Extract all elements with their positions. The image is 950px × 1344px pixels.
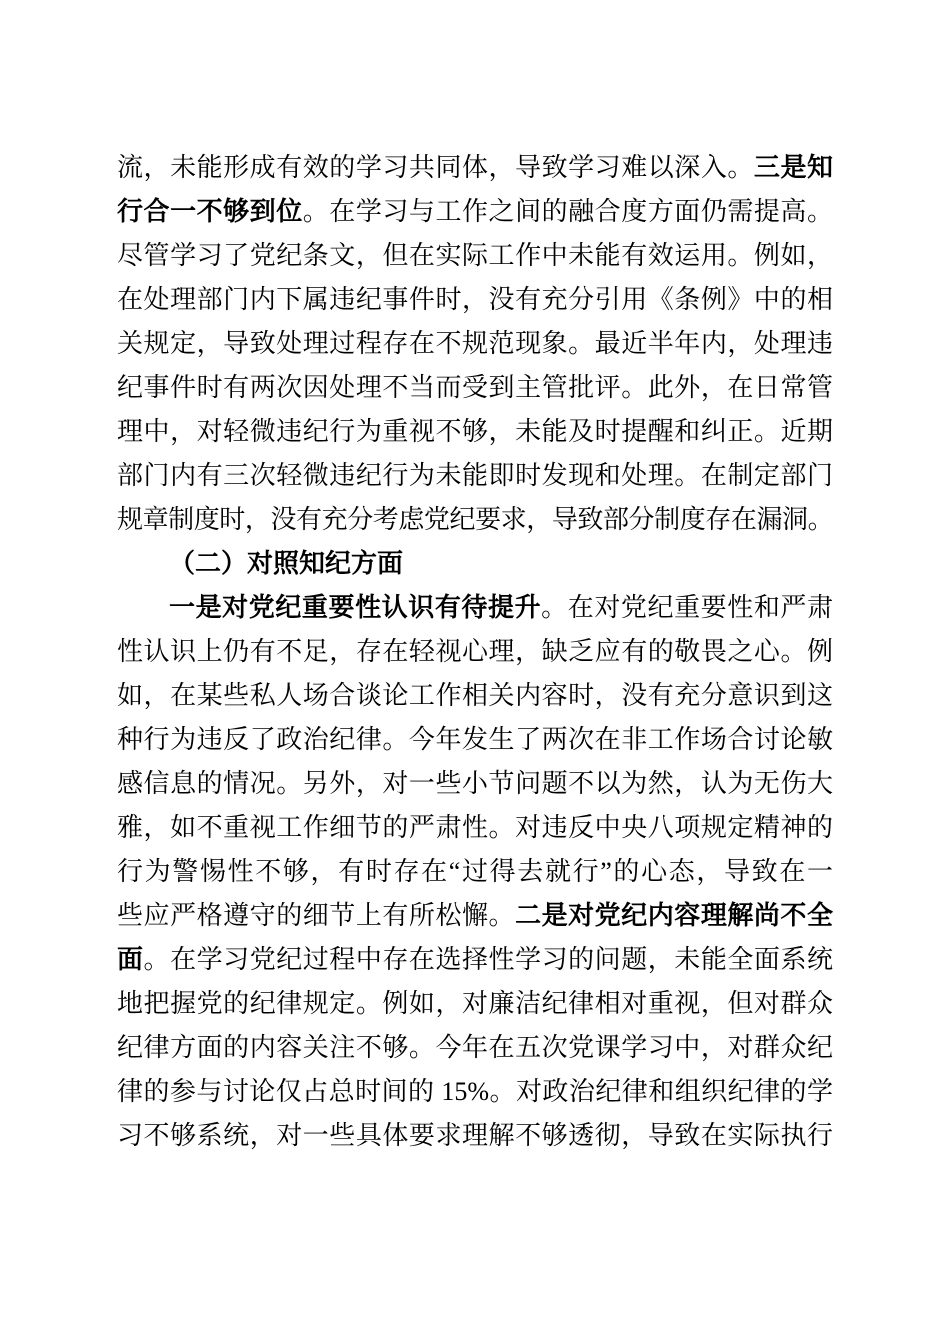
text-run: 种行为违反了政治纪律。今年发生了两次在非工作场合讨论敏 [117, 725, 833, 754]
bold-text-run: 面 [117, 945, 144, 974]
text-line: 感信息的情况。另外，对一些小节问题不以为然，认为无伤大 [117, 762, 833, 806]
bold-text-run: 三是知 [754, 153, 833, 182]
text-run: 。在对党纪重要性和严肃 [541, 593, 833, 622]
text-line: 种行为违反了政治纪律。今年发生了两次在非工作场合讨论敏 [117, 718, 833, 762]
text-line: 一是对党纪重要性认识有待提升。在对党纪重要性和严肃 [117, 586, 833, 630]
text-run: 习不够系统，对一些具体要求理解不够透彻，导致在实际执行 [117, 1121, 833, 1150]
text-line: 律的参与讨论仅占总时间的 15%。对政治纪律和组织纪律的学 [117, 1070, 833, 1114]
text-line: 纪律方面的内容关注不够。今年在五次党课学习中，对群众纪 [117, 1026, 833, 1070]
bold-text-run: 二是对党纪内容理解尚不全 [515, 901, 833, 930]
text-line: 尽管学习了党纪条文，但在实际工作中未能有效运用。例如， [117, 234, 833, 278]
text-line: 规章制度时，没有充分考虑党纪要求，导致部分制度存在漏洞。 [117, 498, 833, 542]
text-run: 些应严格遵守的细节上有所松懈。 [117, 901, 515, 930]
text-run: 理中，对轻微违纪行为重视不够，未能及时提醒和纠正。近期 [117, 417, 833, 446]
text-line: 习不够系统，对一些具体要求理解不够透彻，导致在实际执行 [117, 1114, 833, 1158]
text-run: 流，未能形成有效的学习共同体，导致学习难以深入。 [117, 153, 754, 182]
bold-text-run: （二）对照知纪方面 [169, 549, 403, 578]
text-line: 些应严格遵守的细节上有所松懈。二是对党纪内容理解尚不全 [117, 894, 833, 938]
text-run: 如，在某些私人场合谈论工作相关内容时，没有充分意识到这 [117, 681, 833, 710]
text-run: 纪律方面的内容关注不够。今年在五次党课学习中，对群众纪 [117, 1033, 833, 1062]
text-run: 感信息的情况。另外，对一些小节问题不以为然，认为无伤大 [117, 769, 833, 798]
text-line: 在处理部门内下属违纪事件时，没有充分引用《条例》中的相 [117, 278, 833, 322]
text-run: 规章制度时，没有充分考虑党纪要求，导致部分制度存在漏洞。 [117, 505, 833, 534]
text-run: 纪事件时有两次因处理不当而受到主管批评。此外，在日常管 [117, 373, 833, 402]
text-run: 关规定，导致处理过程存在不规范现象。最近半年内，处理违 [117, 329, 833, 358]
text-line: 行为警惕性不够，有时存在“过得去就行”的心态，导致在一 [117, 850, 833, 894]
text-run: 地把握党的纪律规定。例如，对廉洁纪律相对重视，但对群众 [117, 989, 833, 1018]
text-line: 流，未能形成有效的学习共同体，导致学习难以深入。三是知 [117, 146, 833, 190]
text-line: 行合一不够到位。在学习与工作之间的融合度方面仍需提高。 [117, 190, 833, 234]
text-run: 行为警惕性不够，有时存在“过得去就行”的心态，导致在一 [117, 857, 833, 886]
text-line: 性认识上仍有不足，存在轻视心理，缺乏应有的敬畏之心。例 [117, 630, 833, 674]
text-run: 雅，如不重视工作细节的严肃性。对违反中央八项规定精神的 [117, 813, 833, 842]
bold-text-run: 一是对党纪重要性认识有待提升 [169, 593, 541, 622]
bold-text-run: 行合一不够到位 [117, 197, 303, 226]
text-run: 尽管学习了党纪条文，但在实际工作中未能有效运用。例如， [117, 241, 833, 270]
text-line: 雅，如不重视工作细节的严肃性。对违反中央八项规定精神的 [117, 806, 833, 850]
text-run: 律的参与讨论仅占总时间的 15%。对政治纪律和组织纪律的学 [117, 1077, 833, 1106]
text-run: 。在学习党纪过程中存在选择性学习的问题，未能全面系统 [144, 945, 833, 974]
text-run: 。在学习与工作之间的融合度方面仍需提高。 [303, 197, 833, 226]
text-line: 关规定，导致处理过程存在不规范现象。最近半年内，处理违 [117, 322, 833, 366]
text-line: 如，在某些私人场合谈论工作相关内容时，没有充分意识到这 [117, 674, 833, 718]
text-line: （二）对照知纪方面 [117, 542, 833, 586]
text-line: 面。在学习党纪过程中存在选择性学习的问题，未能全面系统 [117, 938, 833, 982]
text-line: 纪事件时有两次因处理不当而受到主管批评。此外，在日常管 [117, 366, 833, 410]
document-page: 流，未能形成有效的学习共同体，导致学习难以深入。三是知行合一不够到位。在学习与工… [0, 0, 950, 1344]
text-line: 地把握党的纪律规定。例如，对廉洁纪律相对重视，但对群众 [117, 982, 833, 1026]
document-body: 流，未能形成有效的学习共同体，导致学习难以深入。三是知行合一不够到位。在学习与工… [117, 146, 833, 1158]
text-line: 部门内有三次轻微违纪行为未能即时发现和处理。在制定部门 [117, 454, 833, 498]
text-line: 理中，对轻微违纪行为重视不够，未能及时提醒和纠正。近期 [117, 410, 833, 454]
text-run: 部门内有三次轻微违纪行为未能即时发现和处理。在制定部门 [117, 461, 833, 490]
text-run: 在处理部门内下属违纪事件时，没有充分引用《条例》中的相 [117, 285, 833, 314]
text-run: 性认识上仍有不足，存在轻视心理，缺乏应有的敬畏之心。例 [117, 637, 833, 666]
